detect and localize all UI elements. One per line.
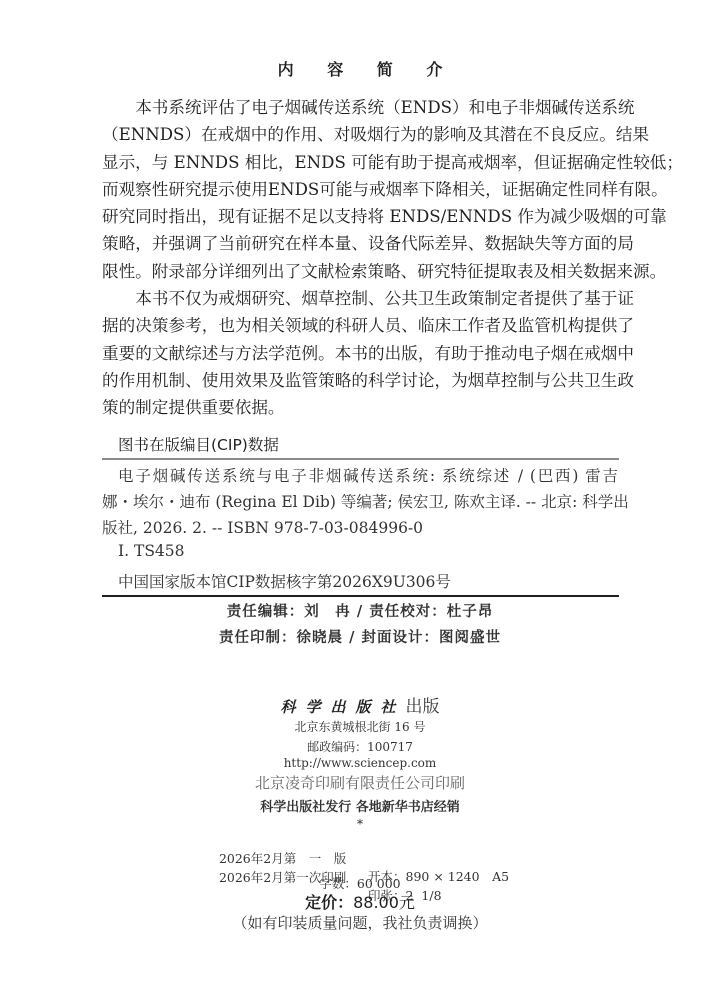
printer: 北京凌奇印刷有限责任公司印刷 — [0, 772, 720, 793]
cip-bottom-divider — [102, 595, 619, 597]
separator-star: * — [0, 817, 720, 831]
publisher-website: http://www.sciencep.com — [0, 756, 720, 770]
cip-heading: 图书在版编目(CIP)数据 — [118, 433, 279, 455]
publisher-postcode: 邮政编码：100717 — [0, 738, 720, 755]
cip-record-line: 电子烟碱传送系统与电子非烟碱传送系统: 系统综述 / (巴西) 雷吉 — [102, 463, 618, 489]
publisher-line: 科学出版社出版 — [0, 692, 720, 717]
summary-body: 本书系统评估了电子烟碱传送系统（ENDS）和电子非烟碱传送系统 （ENNDS）在… — [102, 94, 634, 422]
summary-line: 本书系统评估了电子烟碱传送系统（ENDS）和电子非烟碱传送系统 — [102, 94, 634, 121]
summary-line: 本书不仅为戒烟研究、烟草控制、公共卫生政策制定者提供了基于证 — [102, 285, 634, 312]
summary-line: 据的决策参考，也为相关领域的科研人员、临床工作者及监管机构提供了 — [102, 312, 634, 339]
publisher-address: 北京东黄城根北街 16 号 — [0, 718, 720, 735]
price-value: 88.00元 — [353, 893, 415, 912]
cip-record-line: 娜・埃尔・迪布 (Regina El Dib) 等编著; 侯宏卫, 陈欢主译. … — [102, 489, 618, 515]
editor-credits: 责任编辑：刘 冉 / 责任校对：杜子昂 — [0, 600, 720, 621]
distribution: 科学出版社发行 各地新华书店经销 — [0, 796, 720, 815]
summary-title: 内 容 简 介 — [0, 57, 720, 80]
summary-line: 限性。附录部分详细列出了文献检索策略、研究特征提取表及相关数据来源。 — [102, 258, 634, 285]
cip-number: 中国国家版本馆CIP数据核字第2026X9U306号 — [118, 570, 451, 592]
cip-record: 电子烟碱传送系统与电子非烟碱传送系统: 系统综述 / (巴西) 雷吉 娜・埃尔・… — [102, 463, 618, 541]
summary-paragraph-1: 本书系统评估了电子烟碱传送系统（ENDS）和电子非烟碱传送系统 （ENNDS）在… — [102, 94, 634, 285]
publisher-name: 科学出版社 — [280, 698, 405, 716]
production-credits: 责任印制：徐晓晨 / 封面设计：图阅盛世 — [0, 626, 720, 647]
summary-line: （ENNDS）在戒烟中的作用、对吸烟行为的影响及其潜在不良反应。结果 — [102, 121, 634, 148]
cip-top-divider — [102, 458, 619, 460]
cip-classification: I. TS458 — [118, 542, 185, 560]
price-label: 定价： — [305, 893, 353, 912]
summary-line: 研究同时指出，现有证据不足以支持将 ENDS/ENNDS 作为减少吸烟的可靠 — [102, 203, 634, 230]
summary-line: 显示，与 ENNDS 相比，ENDS 可能有助于提高戒烟率，但证据确定性较低； — [102, 149, 634, 176]
cip-record-line: 版社, 2026. 2. -- ISBN 978-7-03-084996-0 — [102, 515, 618, 541]
price: 定价：88.00元 — [0, 890, 720, 913]
summary-line: 而观察性研究提示使用ENDS可能与戒烟率下降相关，证据确定性同样有限。 — [102, 176, 634, 203]
publisher-suffix: 出版 — [406, 697, 440, 717]
quality-notice: （如有印装质量问题，我社负责调换） — [0, 912, 720, 933]
summary-line: 策略，并强调了当前研究在样本量、设备代际差异、数据缺失等方面的局 — [102, 230, 634, 257]
summary-line: 重要的文献综述与方法学范例。本书的出版，有助于推动电子烟在戒烟中 — [102, 340, 634, 367]
summary-paragraph-2: 本书不仅为戒烟研究、烟草控制、公共卫生政策制定者提供了基于证 据的决策参考，也为… — [102, 285, 634, 421]
summary-line: 的作用机制、使用效果及监管策略的科学讨论，为烟草控制与公共卫生政 — [102, 367, 634, 394]
summary-line: 策的制定提供重要依据。 — [102, 394, 634, 421]
